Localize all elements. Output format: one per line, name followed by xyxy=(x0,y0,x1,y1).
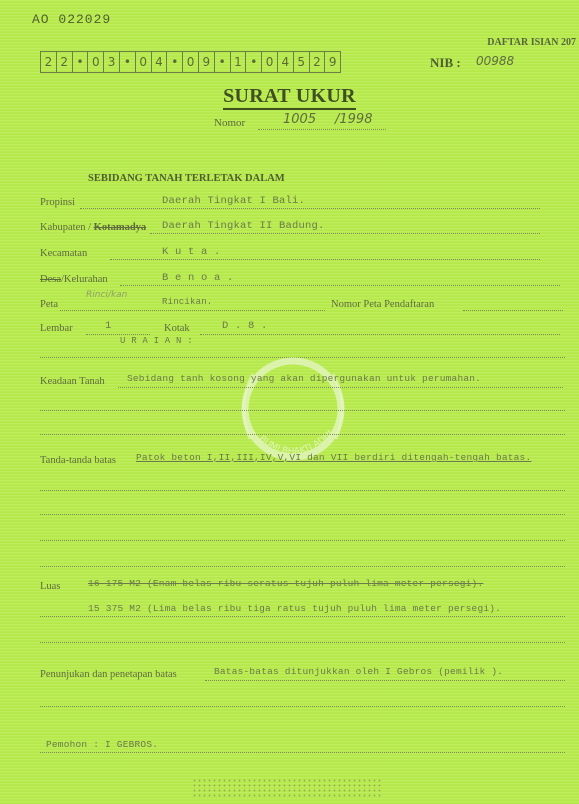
nomor-peta-label: Nomor Peta Pendaftaran xyxy=(331,299,434,310)
uraian-heading: U R A I A N : xyxy=(120,336,193,346)
kotak-line xyxy=(200,334,560,335)
kelurahan-label-text: /Kelurahan xyxy=(61,274,108,285)
code-box-cell: 0 xyxy=(262,52,278,72)
code-box-cell: 2 xyxy=(41,52,57,72)
kabupaten-line xyxy=(150,233,540,234)
kabupaten-label-text: Kabupaten / xyxy=(40,222,94,233)
peta-label: Peta xyxy=(40,299,58,310)
kelurahan-line xyxy=(120,285,560,286)
nib-value: 00988 xyxy=(476,54,514,68)
dotted-stamp xyxy=(192,778,382,798)
code-box-cell: 0 xyxy=(183,52,199,72)
document-title: SURAT UKUR xyxy=(0,85,579,108)
code-box-cell: 5 xyxy=(294,52,310,72)
kelurahan-value: B e n o a . xyxy=(162,272,234,284)
penunjukan-value: Batas-batas ditunjukkan oleh I Gebros (p… xyxy=(214,666,503,677)
keadaan-line-3 xyxy=(40,434,565,435)
section-heading-location: SEBIDANG TANAH TERLETAK DALAM xyxy=(88,173,285,184)
kecamatan-label: Kecamatan xyxy=(40,248,87,259)
luas-label: Luas xyxy=(40,581,60,592)
kotak-value: D . 8 . xyxy=(222,320,268,332)
keadaan-line-2 xyxy=(40,410,565,411)
propinsi-label: Propinsi xyxy=(40,197,75,208)
luas-value: 15 375 M2 (Lima belas ribu tiga ratus tu… xyxy=(88,603,501,614)
document-serial-number: AO 022029 xyxy=(32,12,111,27)
code-box-cell: 2 xyxy=(57,52,73,72)
code-box-cell: 9 xyxy=(199,52,215,72)
code-box-cell: 2 xyxy=(310,52,326,72)
code-box-cell: 0 xyxy=(136,52,152,72)
keadaan-tanah-line xyxy=(118,387,563,388)
pemohon-line xyxy=(40,752,565,753)
kecamatan-line xyxy=(110,259,540,260)
kelurahan-label: Desa/Kelurahan xyxy=(40,274,108,285)
tanda-line-2 xyxy=(40,490,565,491)
tanda-line-5 xyxy=(40,566,565,567)
code-box-cell: • xyxy=(73,52,89,72)
nomor-value: 1005 xyxy=(283,112,316,127)
penunjukan-label: Penunjukan dan penetapan batas xyxy=(40,669,177,680)
desa-struck-label: Desa xyxy=(40,274,61,285)
peta-line xyxy=(60,310,325,311)
tanda-batas-label: Tanda-tanda batas xyxy=(40,455,116,466)
propinsi-line xyxy=(80,208,540,209)
code-box-cell: 0 xyxy=(88,52,104,72)
lembar-label: Lembar xyxy=(40,323,73,334)
code-box-cell: 1 xyxy=(231,52,247,72)
keadaan-tanah-label: Keadaan Tanah xyxy=(40,376,105,387)
parcel-code-boxes: 22•03•04•09•1•04529 xyxy=(40,51,341,73)
peta-handwritten-note: Rinci/kan xyxy=(86,290,127,300)
luas-line-2 xyxy=(40,642,565,643)
document-title-text: SURAT UKUR xyxy=(223,85,356,110)
kecamatan-value: K u t a . xyxy=(162,246,221,258)
code-box-cell: 4 xyxy=(152,52,168,72)
luas-line xyxy=(40,616,565,617)
kotak-label: Kotak xyxy=(164,323,190,334)
code-box-cell: 9 xyxy=(325,52,340,72)
propinsi-value: Daerah Tingkat I Bali. xyxy=(162,195,305,207)
tanda-batas-value: Patok beton I,II,III,IV,V,VI dan VII ber… xyxy=(136,452,531,463)
kabupaten-label: Kabupaten / Kotamadya xyxy=(40,222,146,233)
pemohon-value: Pemohon : I GEBROS. xyxy=(46,739,158,750)
tanda-line-3 xyxy=(40,514,565,515)
nomor-line xyxy=(258,129,386,130)
lembar-value: 1 xyxy=(105,320,112,332)
form-code: DAFTAR ISIAN 207 xyxy=(487,37,576,48)
peta-value: Rincikan. xyxy=(162,297,212,307)
tanda-line-4 xyxy=(40,540,565,541)
code-box-cell: • xyxy=(167,52,183,72)
nomor-peta-line xyxy=(463,310,563,311)
keadaan-tanah-value: Sebidang tanh kosong yang akan diperguna… xyxy=(127,373,481,384)
kabupaten-value: Daerah Tingkat II Badung. xyxy=(162,220,325,232)
kotamadya-struck-label: Kotamadya xyxy=(94,222,147,233)
code-box-cell: • xyxy=(120,52,136,72)
luas-struck-value: 16 175 M2 (Enam belas ribu seratus tujuh… xyxy=(88,578,483,589)
nomor-label: Nomor xyxy=(214,117,245,129)
code-box-cell: • xyxy=(215,52,231,72)
code-box-cell: 4 xyxy=(278,52,294,72)
nib-label: NIB : xyxy=(430,55,461,71)
code-box-cell: 3 xyxy=(104,52,120,72)
penunjukan-line xyxy=(205,680,565,681)
lembar-line xyxy=(86,334,150,335)
nomor-year: /1998 xyxy=(335,112,372,127)
penunjukan-line-2 xyxy=(40,706,565,707)
code-box-cell: • xyxy=(246,52,262,72)
